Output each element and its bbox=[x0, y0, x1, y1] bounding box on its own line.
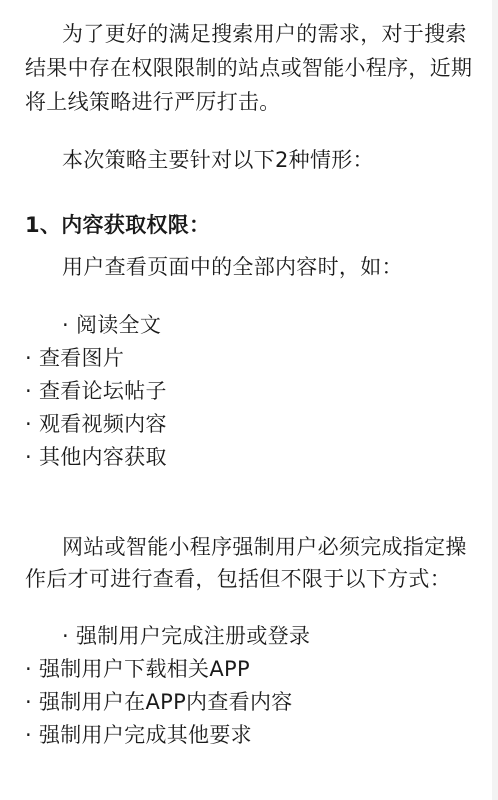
section1-lead: 用户查看页面中的全部内容时，如： bbox=[62, 251, 403, 283]
section2-list-item: · 强制用户完成注册或登录 bbox=[62, 620, 310, 652]
section2-line-2: 作后才可进行查看，包括但不限于以下方式： bbox=[25, 563, 451, 595]
section2-list-item: · 强制用户完成其他要求 bbox=[25, 719, 252, 751]
section1-list-item: · 其他内容获取 bbox=[25, 441, 167, 473]
section1-list-item: · 观看视频内容 bbox=[25, 408, 167, 440]
intro-line-1: 为了更好的满足搜索用户的需求，对于搜索 bbox=[62, 18, 467, 50]
intro-line-3: 将上线策略进行严厉打击。 bbox=[25, 86, 281, 118]
page-edge-strip bbox=[492, 0, 498, 800]
section2-list-item: · 强制用户下载相关APP bbox=[25, 653, 250, 685]
section1-list-item: · 查看图片 bbox=[25, 342, 124, 374]
section1-list-item: · 阅读全文 bbox=[62, 309, 161, 341]
section1-list-item: · 查看论坛帖子 bbox=[25, 375, 167, 407]
intro-line-2: 结果中存在权限限制的站点或智能小程序，近期 bbox=[25, 52, 472, 84]
section1-heading: 1、内容获取权限： bbox=[25, 209, 210, 241]
section2-list-item: · 强制用户在APP内查看内容 bbox=[25, 686, 293, 718]
scope-text: 本次策略主要针对以下2种情形： bbox=[62, 144, 374, 176]
section2-line-1: 网站或智能小程序强制用户必须完成指定操 bbox=[62, 531, 467, 563]
